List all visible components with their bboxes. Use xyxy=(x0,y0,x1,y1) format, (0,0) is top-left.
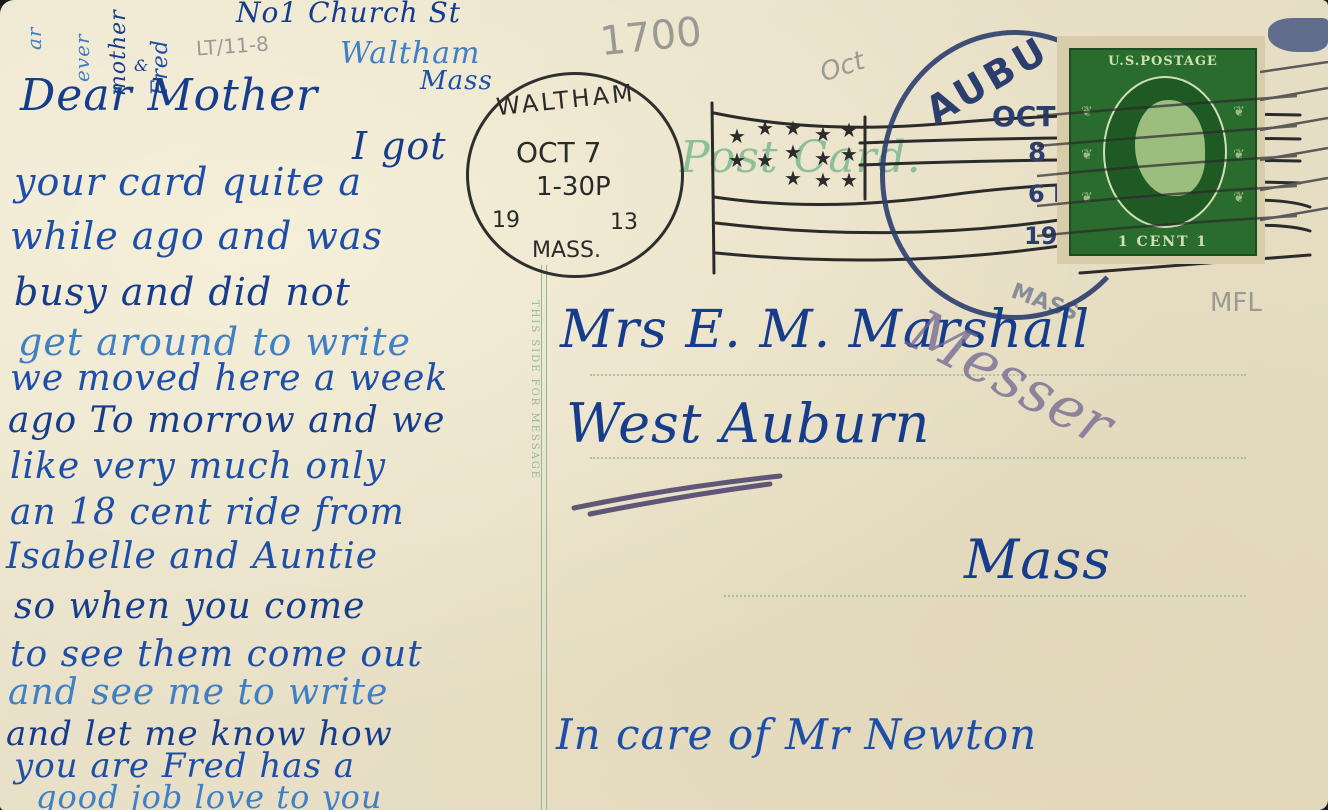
waltham-postmark-state: MASS. xyxy=(532,238,601,263)
pencil-underline xyxy=(570,470,790,520)
message-line: while ago and was xyxy=(10,214,383,258)
message-line: your card quite a xyxy=(14,160,362,204)
svg-text:★: ★ xyxy=(784,140,802,164)
svg-text:★: ★ xyxy=(840,118,858,142)
care-of-line: In care of Mr Newton xyxy=(556,710,1037,759)
waltham-postmark-year-right: 13 xyxy=(610,210,638,235)
svg-text:★: ★ xyxy=(784,116,802,140)
catalog-pencil-note: LT/11-8 xyxy=(195,31,269,60)
waltham-postmark-time: 1-30P xyxy=(536,172,611,202)
waltham-postmark-date: OCT 7 xyxy=(516,136,601,169)
postage-stamp: U.S.POSTAGE ❦❦❦ ❦❦❦ 1 CENT 1 xyxy=(1057,36,1265,264)
svg-text:★: ★ xyxy=(814,122,832,146)
salutation: Dear Mother xyxy=(20,70,318,121)
svg-text:★: ★ xyxy=(756,116,774,140)
waltham-postmark-year-left: 19 xyxy=(492,208,520,233)
svg-text:★: ★ xyxy=(840,142,858,166)
address-line xyxy=(724,595,1246,597)
svg-text:★: ★ xyxy=(784,166,802,190)
margin-note: ar xyxy=(22,27,46,50)
svg-text:★: ★ xyxy=(728,124,746,148)
message-line: we moved here a week xyxy=(10,358,448,399)
message-line: Isabelle and Auntie xyxy=(6,536,378,577)
center-divider xyxy=(541,265,547,810)
divider-label: THIS SIDE FOR MESSAGE xyxy=(520,300,540,620)
stamp-cancel-lines xyxy=(1037,76,1297,276)
svg-text:★: ★ xyxy=(728,148,746,172)
recipient-city-prefix: West Auburn xyxy=(566,392,930,455)
stamp-top-text: U.S.POSTAGE xyxy=(1071,54,1255,69)
message-line: and see me to write xyxy=(8,672,388,713)
svg-text:★: ★ xyxy=(814,168,832,192)
message-line: like very much only xyxy=(10,446,386,487)
address-line xyxy=(590,374,1246,376)
message-line: ago To morrow and we xyxy=(8,400,445,441)
svg-text:★: ★ xyxy=(814,146,832,170)
message-line: I got xyxy=(352,124,447,168)
return-address-street: No1 Church St xyxy=(236,0,461,29)
address-line xyxy=(590,457,1246,459)
recipient-state: Mass xyxy=(964,528,1111,591)
message-line: to see them come out xyxy=(10,634,423,675)
message-line: busy and did not xyxy=(14,270,351,314)
svg-text:★: ★ xyxy=(840,168,858,192)
ink-smudge xyxy=(1268,18,1328,52)
message-line: so when you come xyxy=(14,586,365,627)
oct-pencil-note: Oct xyxy=(816,46,868,88)
stamp-cancel-lines-right xyxy=(1260,60,1328,240)
svg-text:★: ★ xyxy=(756,148,774,172)
return-address-state: Mass xyxy=(420,66,493,96)
message-line: good job love to you xyxy=(36,778,382,810)
recipient-city: West Auburn xyxy=(566,392,930,455)
initials-pencil-note: MFL xyxy=(1210,288,1262,318)
price-pencil-note: 1700 xyxy=(598,9,704,65)
message-line: an 18 cent ride from xyxy=(10,492,405,533)
postcard-back: LT/11-8 1700 Oct MFL ar ever mother & Fr… xyxy=(0,0,1328,810)
